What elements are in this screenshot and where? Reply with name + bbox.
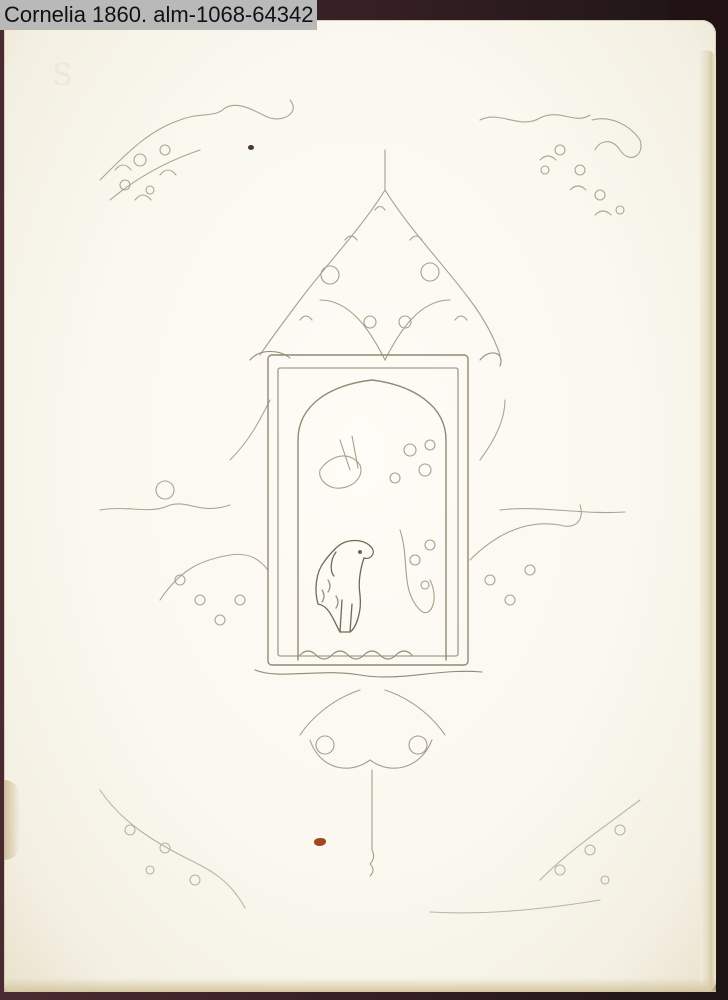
bottom-right-sprig xyxy=(430,800,640,913)
bottom-pendant xyxy=(300,690,445,876)
dog-figure xyxy=(316,541,373,633)
top-left-garland xyxy=(100,100,293,200)
bottom-left-sprig xyxy=(100,790,245,908)
top-right-garland xyxy=(480,115,641,215)
caption-label: Cornelia 1860. alm-1068-64342 xyxy=(0,0,317,30)
engraving-illustration xyxy=(0,0,728,1000)
crown-vines xyxy=(260,150,500,360)
side-foliage xyxy=(100,400,625,625)
central-frame xyxy=(250,352,501,677)
frame-scene xyxy=(320,436,435,613)
